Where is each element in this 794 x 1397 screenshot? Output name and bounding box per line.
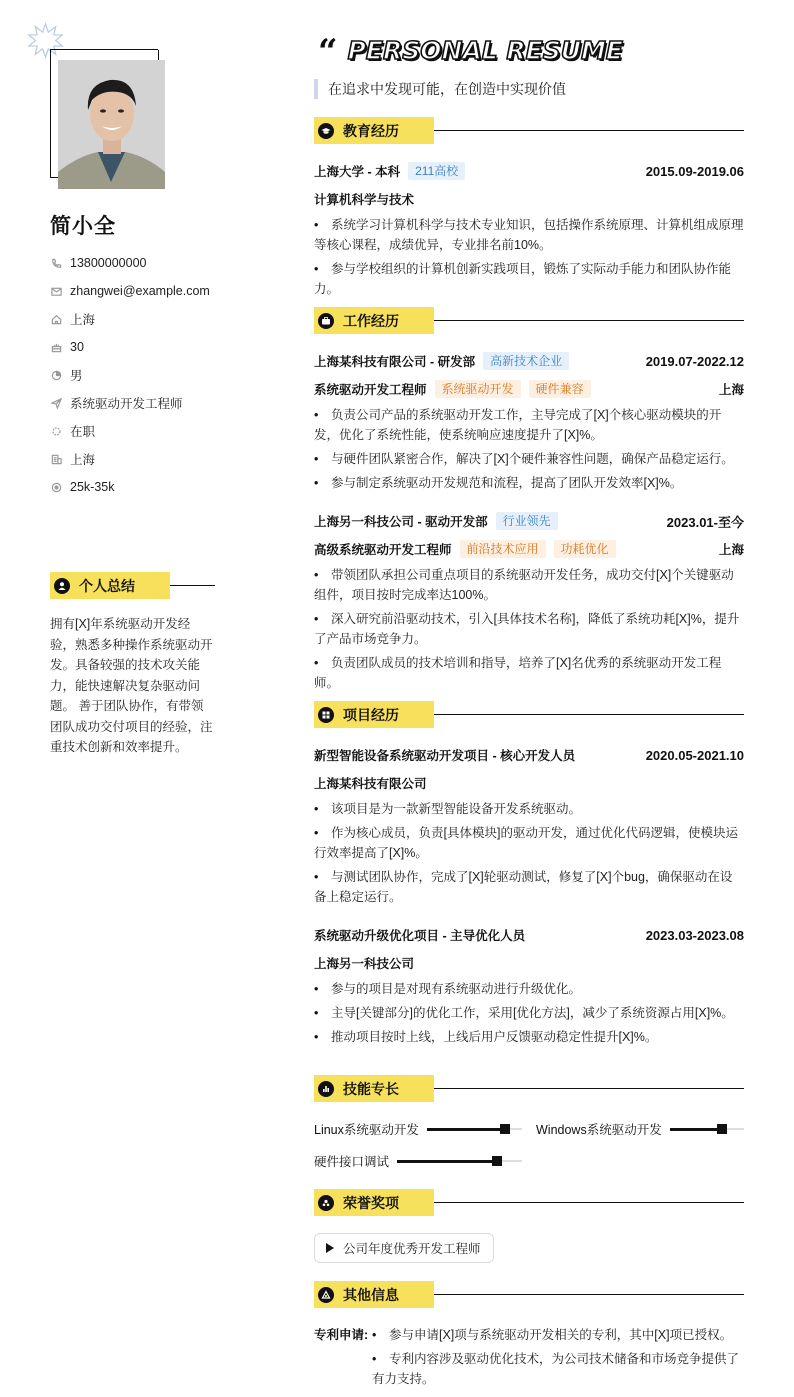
company-tag: 行业领先: [496, 512, 558, 530]
info-phone: 13800000000: [50, 249, 260, 277]
list-item: 作为核心成员，负责[具体模块]的驱动开发，通过优化代码逻辑，使模块运行效率提高了…: [314, 823, 744, 863]
skill-item: 硬件接口调试: [314, 1148, 522, 1174]
phone-value: 13800000000: [70, 256, 146, 270]
work-entry: 上海某科技有限公司 - 研发部 高新技术企业 2019.07-2022.12 系…: [314, 347, 744, 493]
skill-level-knob: [500, 1124, 510, 1134]
skill-name: 硬件接口调试: [314, 1152, 389, 1170]
work-city-value: 上海: [70, 450, 95, 468]
info-job-intent: 系统驱动开发工程师: [50, 389, 260, 417]
quote-mark-icon: “: [318, 35, 338, 69]
summary-section-header: 个人总结: [50, 572, 215, 599]
skill-level-bar: [397, 1160, 522, 1162]
info-icon: [318, 1287, 334, 1303]
resume-title: “ PERSONAL RESUME: [318, 30, 623, 70]
skill-level-bar: [670, 1128, 744, 1130]
send-icon: [50, 397, 62, 409]
mail-icon: [50, 285, 62, 297]
contact-info-list: 13800000000 zhangwei@example.com 上海 30 男…: [50, 249, 260, 501]
info-salary: 25k-35k: [50, 473, 260, 501]
building-icon: [50, 453, 62, 465]
gender-icon: [50, 369, 62, 381]
project-entry: 新型智能设备系统驱动开发项目 - 核心开发人员 2020.05-2021.10 …: [314, 741, 744, 907]
major: 计算机科学与技术: [314, 190, 414, 208]
section-divider: [434, 1202, 744, 1203]
education-entry-header: 上海大学 - 本科 211高校 2015.09-2019.06: [314, 157, 744, 185]
job-role: 系统驱动开发工程师: [314, 380, 427, 398]
project-company: 上海另一科技公司: [314, 954, 414, 972]
list-item: 参与的项目是对现有系统驱动进行升级优化。: [314, 979, 744, 999]
work-location: 上海: [719, 540, 744, 558]
summary-title: 个人总结: [79, 576, 135, 596]
list-item: 与测试团队协作，完成了[X]轮驱动测试，修复了[X]个bug，确保驱动在设备上稳…: [314, 867, 744, 907]
skill-item: Linux系统驱动开发: [314, 1116, 522, 1142]
school-name: 上海大学 - 本科: [314, 162, 400, 180]
education-date: 2015.09-2019.06: [646, 164, 744, 179]
other-bullets: 参与申请[X]项与系统驱动开发相关的专利，其中[X]项已授权。 专利内容涉及驱动…: [372, 1325, 744, 1393]
info-residence: 上海: [50, 305, 260, 333]
skill-name: Windows系统驱动开发: [536, 1120, 662, 1138]
project-company: 上海某科技有限公司: [314, 774, 427, 792]
gender-value: 男: [70, 366, 83, 384]
list-item: 负责公司产品的系统驱动开发工作，主导完成了[X]个核心驱动模块的开发，优化了系统…: [314, 405, 744, 445]
project-entry: 系统驱动升级优化项目 - 主导优化人员 2023.03-2023.08 上海另一…: [314, 921, 744, 1047]
summary-text: 拥有[X]年系统驱动开发经验，熟悉多种操作系统驱动开发。具备较强的技术攻关能力，…: [50, 614, 215, 758]
email-value: zhangwei@example.com: [70, 284, 210, 298]
skill-level-knob: [492, 1156, 502, 1166]
company-tag: 高新技术企业: [483, 352, 569, 370]
list-item: 参与学校组织的计算机创新实践项目，锻炼了实际动手能力和团队协作能力。: [314, 259, 744, 299]
info-work-city: 上海: [50, 445, 260, 473]
bar-chart-icon: [318, 1081, 334, 1097]
awards-title: 荣誉奖项: [343, 1193, 399, 1213]
play-triangle-icon: [326, 1243, 334, 1253]
salary-value: 25k-35k: [70, 480, 114, 494]
photo-frame-decoration-bottom: [50, 49, 58, 178]
role-tag: 系统驱动开发: [435, 380, 521, 398]
section-divider: [434, 130, 744, 131]
list-item: 系统学习计算机科学与技术专业知识，包括操作系统原理、计算机组成原理等核心课程，成…: [314, 215, 744, 255]
info-status: 在职: [50, 417, 260, 445]
skill-name: Linux系统驱动开发: [314, 1120, 419, 1138]
other-label: 专利申请:: [314, 1325, 372, 1393]
skills-section: 技能专长 Linux系统驱动开发 Windows系统驱动开发 硬件接口调试: [314, 1075, 744, 1174]
list-item: 参与制定系统驱动开发规范和流程，提高了团队开发效率[X]%。: [314, 473, 744, 493]
work-header: 工作经历: [314, 307, 744, 334]
section-divider: [170, 585, 215, 586]
section-divider: [434, 320, 744, 321]
major-row: 计算机科学与技术: [314, 185, 744, 213]
list-item: 推动项目按时上线，上线后用户反馈驱动稳定性提升[X]%。: [314, 1027, 744, 1047]
info-age: 30: [50, 333, 260, 361]
award-icon: [318, 1195, 334, 1211]
salary-icon: [50, 481, 62, 493]
work-bullets: 带领团队承担公司重点项目的系统驱动开发任务，成功交付[X]个关键驱动组件，项目按…: [314, 565, 744, 693]
education-section: 教育经历 上海大学 - 本科 211高校 2015.09-2019.06 计算机…: [314, 117, 744, 303]
work-bullets: 负责公司产品的系统驱动开发工作，主导完成了[X]个核心驱动模块的开发，优化了系统…: [314, 405, 744, 493]
skill-item: Windows系统驱动开发: [536, 1116, 744, 1142]
briefcase-icon: [318, 313, 334, 329]
skills-list: Linux系统驱动开发 Windows系统驱动开发 硬件接口调试: [314, 1116, 744, 1174]
work-section: 工作经历 上海某科技有限公司 - 研发部 高新技术企业 2019.07-2022…: [314, 307, 744, 697]
education-header: 教育经历: [314, 117, 744, 144]
award-item: 公司年度优秀开发工程师: [314, 1233, 494, 1263]
role-tag: 前沿技术应用: [460, 540, 546, 558]
education-title: 教育经历: [343, 121, 399, 141]
awards-section: 荣誉奖项 公司年度优秀开发工程师: [314, 1189, 744, 1263]
work-location: 上海: [719, 380, 744, 398]
award-label: 公司年度优秀开发工程师: [343, 1239, 481, 1257]
job-role: 高级系统驱动开发工程师: [314, 540, 452, 558]
info-gender: 男: [50, 361, 260, 389]
project-name: 系统驱动升级优化项目 - 主导优化人员: [314, 926, 525, 944]
other-entry: 专利申请: 参与申请[X]项与系统驱动开发相关的专利，其中[X]项已授权。 专利…: [314, 1325, 744, 1393]
residence-value: 上海: [70, 310, 95, 328]
projects-section: 项目经历 新型智能设备系统驱动开发项目 - 核心开发人员 2020.05-202…: [314, 701, 744, 1051]
other-section: 其他信息 专利申请: 参与申请[X]项与系统驱动开发相关的专利，其中[X]项已授…: [314, 1281, 744, 1393]
grid-icon: [318, 707, 334, 723]
projects-title: 项目经历: [343, 705, 399, 725]
status-icon: [50, 425, 62, 437]
avatar: [58, 60, 165, 189]
age-value: 30: [70, 340, 84, 354]
role-tag: 硬件兼容: [529, 380, 591, 398]
company-name: 上海另一科技公司 - 驱动开发部: [314, 512, 488, 530]
job-intent-value: 系统驱动开发工程师: [70, 394, 183, 412]
motto: 在追求中发现可能，在创造中实现价值: [314, 79, 566, 99]
section-divider: [434, 1088, 744, 1089]
skill-level-bar: [427, 1128, 522, 1130]
work-date: 2023.01-至今: [667, 512, 744, 531]
list-item: 深入研究前沿驱动技术，引入[具体技术名称]，降低了系统功耗[X]%，提升了产品市…: [314, 609, 744, 649]
resume-title-text: PERSONAL RESUME: [348, 36, 623, 65]
work-title: 工作经历: [343, 311, 399, 331]
list-item: 主导[关键部分]的优化工作，采用[优化方法]，减少了系统资源占用[X]%。: [314, 1003, 744, 1023]
work-entry: 上海另一科技公司 - 驱动开发部 行业领先 2023.01-至今 高级系统驱动开…: [314, 507, 744, 693]
list-item: 参与申请[X]项与系统驱动开发相关的专利，其中[X]项已授权。: [372, 1325, 744, 1345]
list-item: 带领团队承担公司重点项目的系统驱动开发任务，成功交付[X]个关键驱动组件，项目按…: [314, 565, 744, 605]
project-date: 2023.03-2023.08: [646, 928, 744, 943]
skills-header: 技能专长: [314, 1075, 744, 1102]
list-item: 与硬件团队紧密合作，解决了[X]个硬件兼容性问题，确保产品稳定运行。: [314, 449, 744, 469]
education-bullets: 系统学习计算机科学与技术专业知识，包括操作系统原理、计算机组成原理等核心课程，成…: [314, 215, 744, 299]
section-divider: [434, 714, 744, 715]
section-divider: [434, 1294, 744, 1295]
other-header: 其他信息: [314, 1281, 744, 1308]
user-icon: [54, 578, 70, 594]
status-value: 在职: [70, 422, 95, 440]
projects-header: 项目经历: [314, 701, 744, 728]
graduation-cap-icon: [318, 123, 334, 139]
list-item: 该项目是为一款新型智能设备开发系统驱动。: [314, 799, 744, 819]
role-tag: 功耗优化: [554, 540, 616, 558]
project-bullets: 参与的项目是对现有系统驱动进行升级优化。 主导[关键部分]的优化工作，采用[优化…: [314, 979, 744, 1047]
company-name: 上海某科技有限公司 - 研发部: [314, 352, 475, 370]
phone-icon: [50, 257, 62, 269]
skills-title: 技能专长: [343, 1079, 399, 1099]
awards-header: 荣誉奖项: [314, 1189, 744, 1216]
project-date: 2020.05-2021.10: [646, 748, 744, 763]
school-tag: 211高校: [408, 162, 465, 180]
project-name: 新型智能设备系统驱动开发项目 - 核心开发人员: [314, 746, 575, 764]
work-date: 2019.07-2022.12: [646, 354, 744, 369]
avatar-portrait-icon: [58, 60, 165, 189]
other-title: 其他信息: [343, 1285, 399, 1305]
skill-level-knob: [717, 1124, 727, 1134]
age-icon: [50, 341, 62, 353]
project-bullets: 该项目是为一款新型智能设备开发系统驱动。 作为核心成员，负责[具体模块]的驱动开…: [314, 799, 744, 907]
list-item: 专利内容涉及驱动优化技术，为公司技术储备和市场竞争提供了有力支持。: [372, 1349, 744, 1389]
home-icon: [50, 313, 62, 325]
info-email: zhangwei@example.com: [50, 277, 260, 305]
list-item: 负责团队成员的技术培训和指导，培养了[X]名优秀的系统驱动开发工程师。: [314, 653, 744, 693]
profile-name: 简小全: [50, 210, 116, 240]
